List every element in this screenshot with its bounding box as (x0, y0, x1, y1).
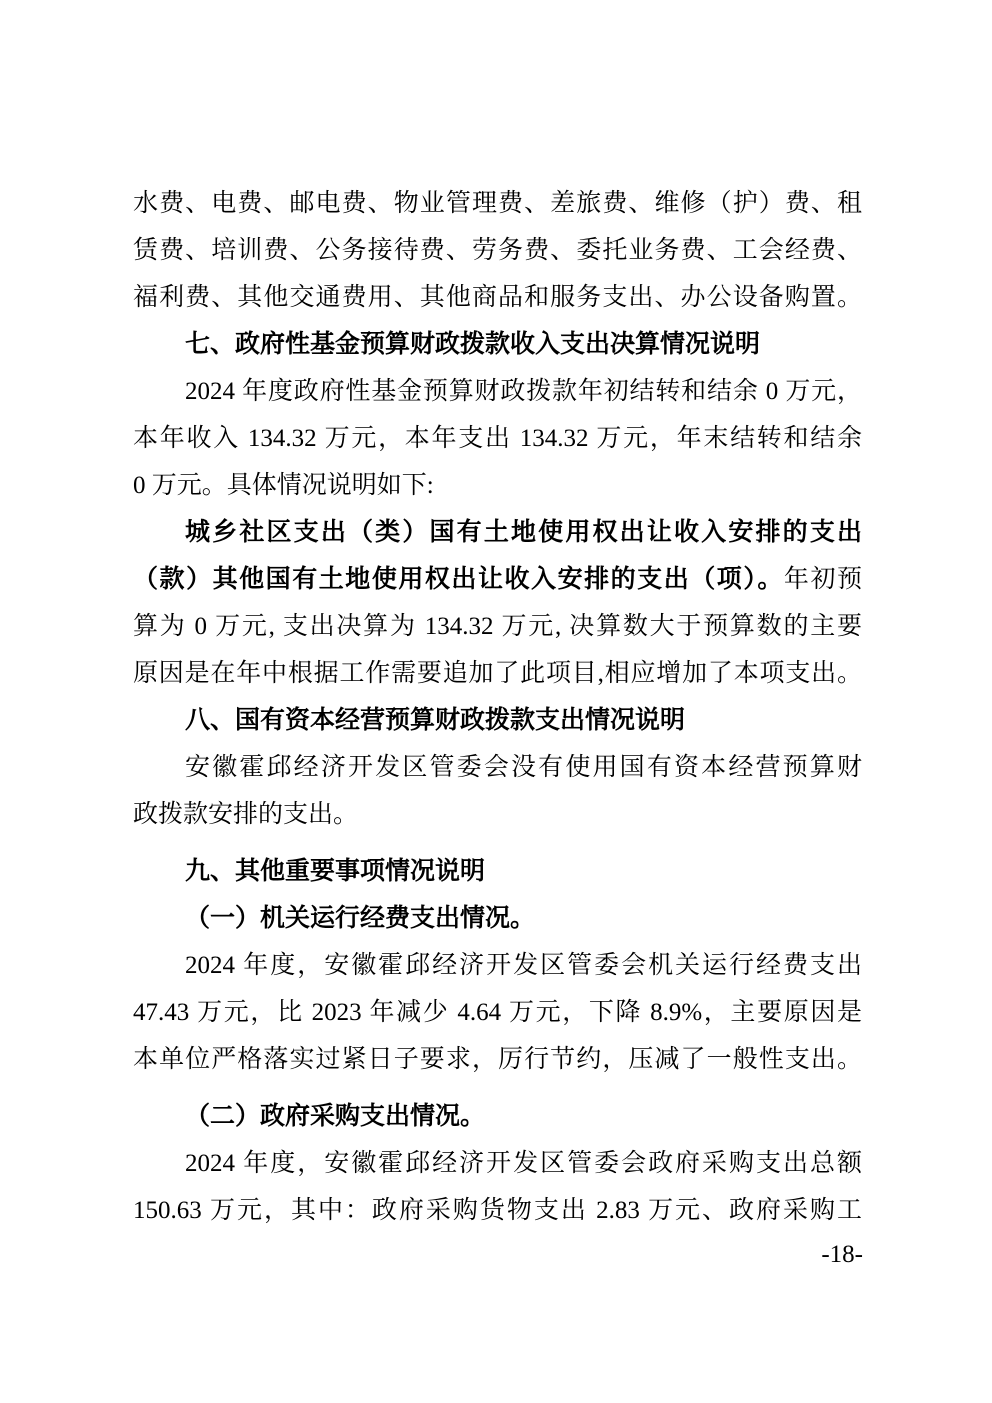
section-nine-sub-two-heading: （二）政府采购支出情况。 (133, 1093, 862, 1140)
section-nine-sub-one-heading: （一）机关运行经费支出情况。 (133, 895, 862, 942)
section-seven-heading: 七、政府性基金预算财政拨款收入支出决算情况说明 (133, 321, 862, 368)
sub-one-paragraph-line-3: 本单位严格落实过紧日子要求，厉行节约，压减了一般性支出。 (133, 1036, 862, 1083)
section-nine-heading: 九、其他重要事项情况说明 (133, 848, 862, 895)
section-eight-heading: 八、国有资本经营预算财政拨款支出情况说明 (133, 697, 862, 744)
section-seven-detail-line-4: 原因是在年中根据工作需要追加了此项目,相应增加了本项支出。 (133, 650, 862, 697)
sub-two-paragraph-line-2: 150.63 万元，其中：政府采购货物支出 2.83 万元、政府采购工 (133, 1187, 862, 1234)
section-seven-paragraph-line-3: 0 万元。具体情况说明如下: (133, 462, 862, 509)
expense-items-line-2: 赁费、培训费、公务接待费、劳务费、委托业务费、工会经费、 (133, 227, 862, 274)
expense-items-line-1: 水费、电费、邮电费、物业管理费、差旅费、维修（护）费、租 (133, 180, 862, 227)
detail-normal-run: 年初预 (784, 566, 862, 593)
section-seven-detail-line-2: （款）其他国有土地使用权出让收入安排的支出（项）。年初预 (133, 556, 862, 603)
page-number: -18- (821, 1231, 863, 1278)
section-seven-paragraph-line-1: 2024 年度政府性基金预算财政拨款年初结转和结余 0 万元， (133, 368, 862, 415)
section-eight-paragraph-line-2: 政拨款安排的支出。 (133, 791, 862, 838)
document-page: 水费、电费、邮电费、物业管理费、差旅费、维修（护）费、租 赁费、培训费、公务接待… (0, 0, 992, 1403)
sub-two-paragraph-line-1: 2024 年度，安徽霍邱经济开发区管委会政府采购支出总额 (133, 1140, 862, 1187)
expense-items-line-3: 福利费、其他交通费用、其他商品和服务支出、办公设备购置。 (133, 274, 862, 321)
section-seven-detail-line-3: 算为 0 万元, 支出决算为 134.32 万元, 决算数大于预算数的主要 (133, 603, 862, 650)
document-body: 水费、电费、邮电费、物业管理费、差旅费、维修（护）费、租 赁费、培训费、公务接待… (133, 180, 862, 1234)
section-seven-paragraph-line-2: 本年收入 134.32 万元，本年支出 134.32 万元，年末结转和结余 (133, 415, 862, 462)
section-eight-paragraph-line-1: 安徽霍邱经济开发区管委会没有使用国有资本经营预算财 (133, 744, 862, 791)
detail-bold-run: （款）其他国有土地使用权出让收入安排的支出（项）。 (133, 566, 784, 593)
sub-one-paragraph-line-1: 2024 年度，安徽霍邱经济开发区管委会机关运行经费支出 (133, 942, 862, 989)
section-seven-detail-bold-line-1: 城乡社区支出（类）国有土地使用权出让收入安排的支出 (133, 509, 862, 556)
sub-one-paragraph-line-2: 47.43 万元，比 2023 年减少 4.64 万元，下降 8.9%，主要原因… (133, 989, 862, 1036)
